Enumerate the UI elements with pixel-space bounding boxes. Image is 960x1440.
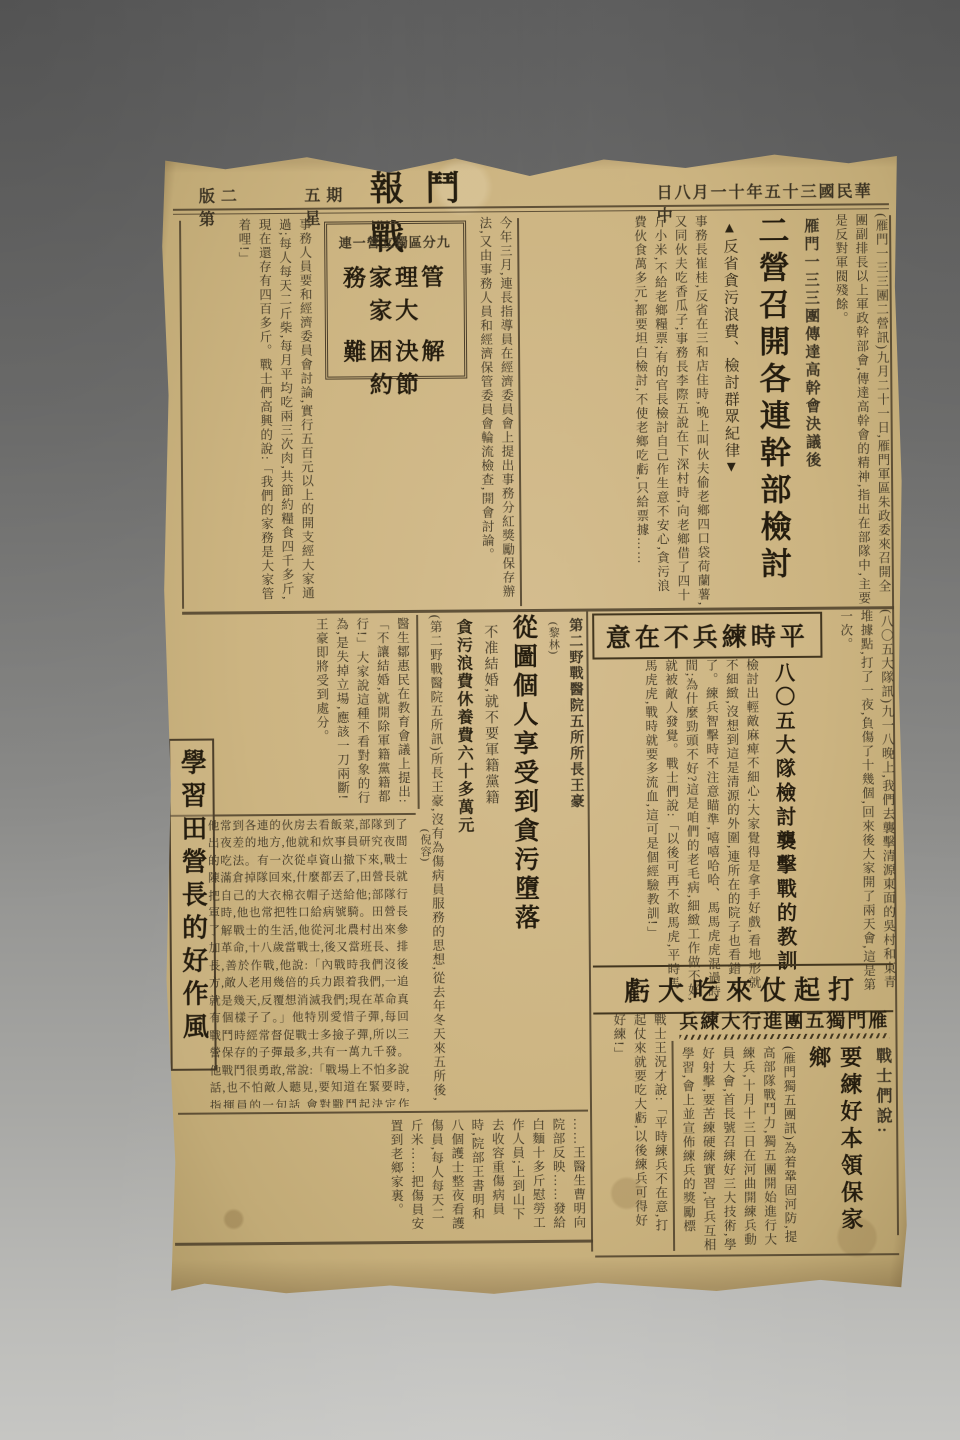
article-raid-lessons: (八〇五大隊訊)九一八晚上,我們去襲擊清源東面的吳村和東青堆據點,打了一夜,負傷… [588, 609, 899, 1003]
article-headline: 兵練大行進團五獨門雁 [677, 1003, 891, 1036]
article-lead: (雁門一三三團二營訊)九月二十一日,雁門軍區朱政委來召開全團副排長以上軍政幹部會… [830, 213, 894, 605]
photo-backdrop: 日八月一十年五十三國民華中 報鬥戰 五期星 版二第 (雁門一三三團二營訊)九月二… [0, 0, 960, 1440]
article-lead: 今年三月,連長指導員在經濟委員會上提出事務分紅獎勵保存辦法,又由事務人員和經濟保… [475, 216, 519, 608]
article-lead: (八〇五大隊訊)九一八晚上,我們去襲擊清源東面的吳村和東青堆據點,打了一夜,負傷… [810, 609, 899, 1002]
article-leadin: 戰士們說: [871, 1047, 896, 1251]
divider [175, 1240, 593, 1246]
bank-headline-top: 意在不兵練時平 [592, 612, 822, 660]
article-body: 檢討出輕敵麻痺不細心:大家覺得是拿手好戲,看地形就不細緻,沒想到這是清源的外圍,… [640, 658, 764, 1003]
article-body: 事務長崔桂,反省在三和店住時,晚上叫伙夫偷老鄉四口袋荷蘭薯,又同伙夫吃香瓜子;事… [629, 215, 713, 608]
article-headline: 二營召開各連幹部檢討 [748, 214, 796, 606]
article-body: ……王醫生曹明向院部反映……發給白麵十多斤慰勞工作人員;上到山下去收容重傷病員時… [386, 1118, 589, 1236]
article-kicker: 雁門一三三團傳達高幹會決議後 [800, 218, 824, 606]
article-big-training: 兵練大行進團五獨門雁 戰士們說: 要練好本領保家鄉 (雁門獨五團訊)為着鞏固河防… [677, 1003, 899, 1253]
divider [178, 1110, 588, 1115]
divider [595, 1253, 899, 1257]
article-body: 戰士王況才說:「平時練兵不在意,打起仗來就要吃大虧,以後練兵可得好好練!」 [609, 1013, 671, 1233]
divider [416, 615, 420, 809]
article-headline-line1: 務家理管家大 [331, 259, 460, 326]
article-wang-hao-continuation: 醫生鄒惠民在教育會議上提出:「不讓結婚,就開除軍籍黨籍都行!」大家說這種不看對象… [188, 617, 414, 811]
article-subheadline: 八〇五大隊檢討襲擊戰的教訓 [769, 662, 801, 1002]
article-company-household: 今年三月,連長指導員在經濟委員會上提出事務分紅獎勵保存辦法,又由事務人員和經濟保… [183, 216, 518, 611]
wavy-underline [679, 1033, 889, 1040]
article-body: 醫生鄒惠民在教育會議上提出:「不讓結婚,就開除軍籍黨籍都行!」大家說這種不看對象… [311, 617, 414, 810]
article-column-block: 八〇五大隊檢討襲擊戰的教訓 檢討出輕敵麻痺不細心:大家覺得是拿手好戲,看地形就不… [588, 658, 807, 1004]
article-headline2: 要練好本領保家鄉 [804, 1045, 868, 1251]
divider [517, 218, 522, 606]
article-body: 事務人員要和經濟委員會討論,實行五百元以上的開支經大家通過;每人每天二斤柴,每月… [234, 218, 318, 611]
article-byline: (黎林) [545, 622, 565, 1106]
divider [671, 1041, 675, 1251]
article-kicker: 第二野戰醫院五所所長王豪 [564, 618, 588, 1106]
boxed-headline: 連一營立獨區分九 務家理管家大 難困決解約節 [324, 221, 467, 380]
article-headline: 從圖個人享受到貪污墮落 [504, 614, 544, 1106]
article-subhead: ▲反省貪污浪費、檢討群眾紀律▼ [719, 220, 743, 606]
newspaper-page: 日八月一十年五十三國民華中 報鬥戰 五期星 版二第 (雁門一三三團二營訊)九月二… [159, 149, 910, 1300]
article-subhead1: 不准結婚,就不要軍籍黨籍 [479, 624, 503, 1106]
article-wang-hao: 第二野戰醫院五所所長王豪 (黎林) 從圖個人享受到貪污墮落 不准結婚,就不要軍籍… [422, 614, 588, 1107]
masthead: 日八月一十年五十三國民華中 報鬥戰 五期星 版二第 [173, 157, 889, 207]
article-column-block: 戰士們說: 要練好本領保家鄉 (雁門獨五團訊)為着鞏固河防,提高部隊戰鬥力,獨五… [678, 1045, 900, 1253]
article-raid-tail: 戰士王況才說:「平時練兵不在意,打起仗來就要吃大虧,以後練兵可得好好練!」 [595, 1013, 671, 1234]
article-bottom-band: ……王醫生曹明向院部反映……發給白麵十多斤慰勞工作人員;上到山下去收容重傷病員時… [186, 1118, 589, 1237]
article-kicker: 連一營立獨區分九 [331, 232, 459, 252]
article-tian-body: 他常到各連的伙房去看飯菜,部隊到了出夜差的地方,他就和炊事員研究夜間的吃法。有一… [208, 817, 410, 1109]
article-budget-review: (雁門一三三團二營訊)九月二十一日,雁門軍區朱政委來召開全團副排長以上軍政幹部會… [523, 213, 894, 608]
article-subhead2: 貪污浪費休養費六十多萬元 [451, 618, 478, 1106]
article-tian-byline: (倪容) [415, 829, 434, 899]
article-body: (雁門獨五團訊)為着鞏固河防,提高部隊戰鬥力,獨五團開始進行大練兵,十月十三日在… [678, 1046, 801, 1253]
article-headline-line2: 難困決解約節 [331, 333, 460, 400]
